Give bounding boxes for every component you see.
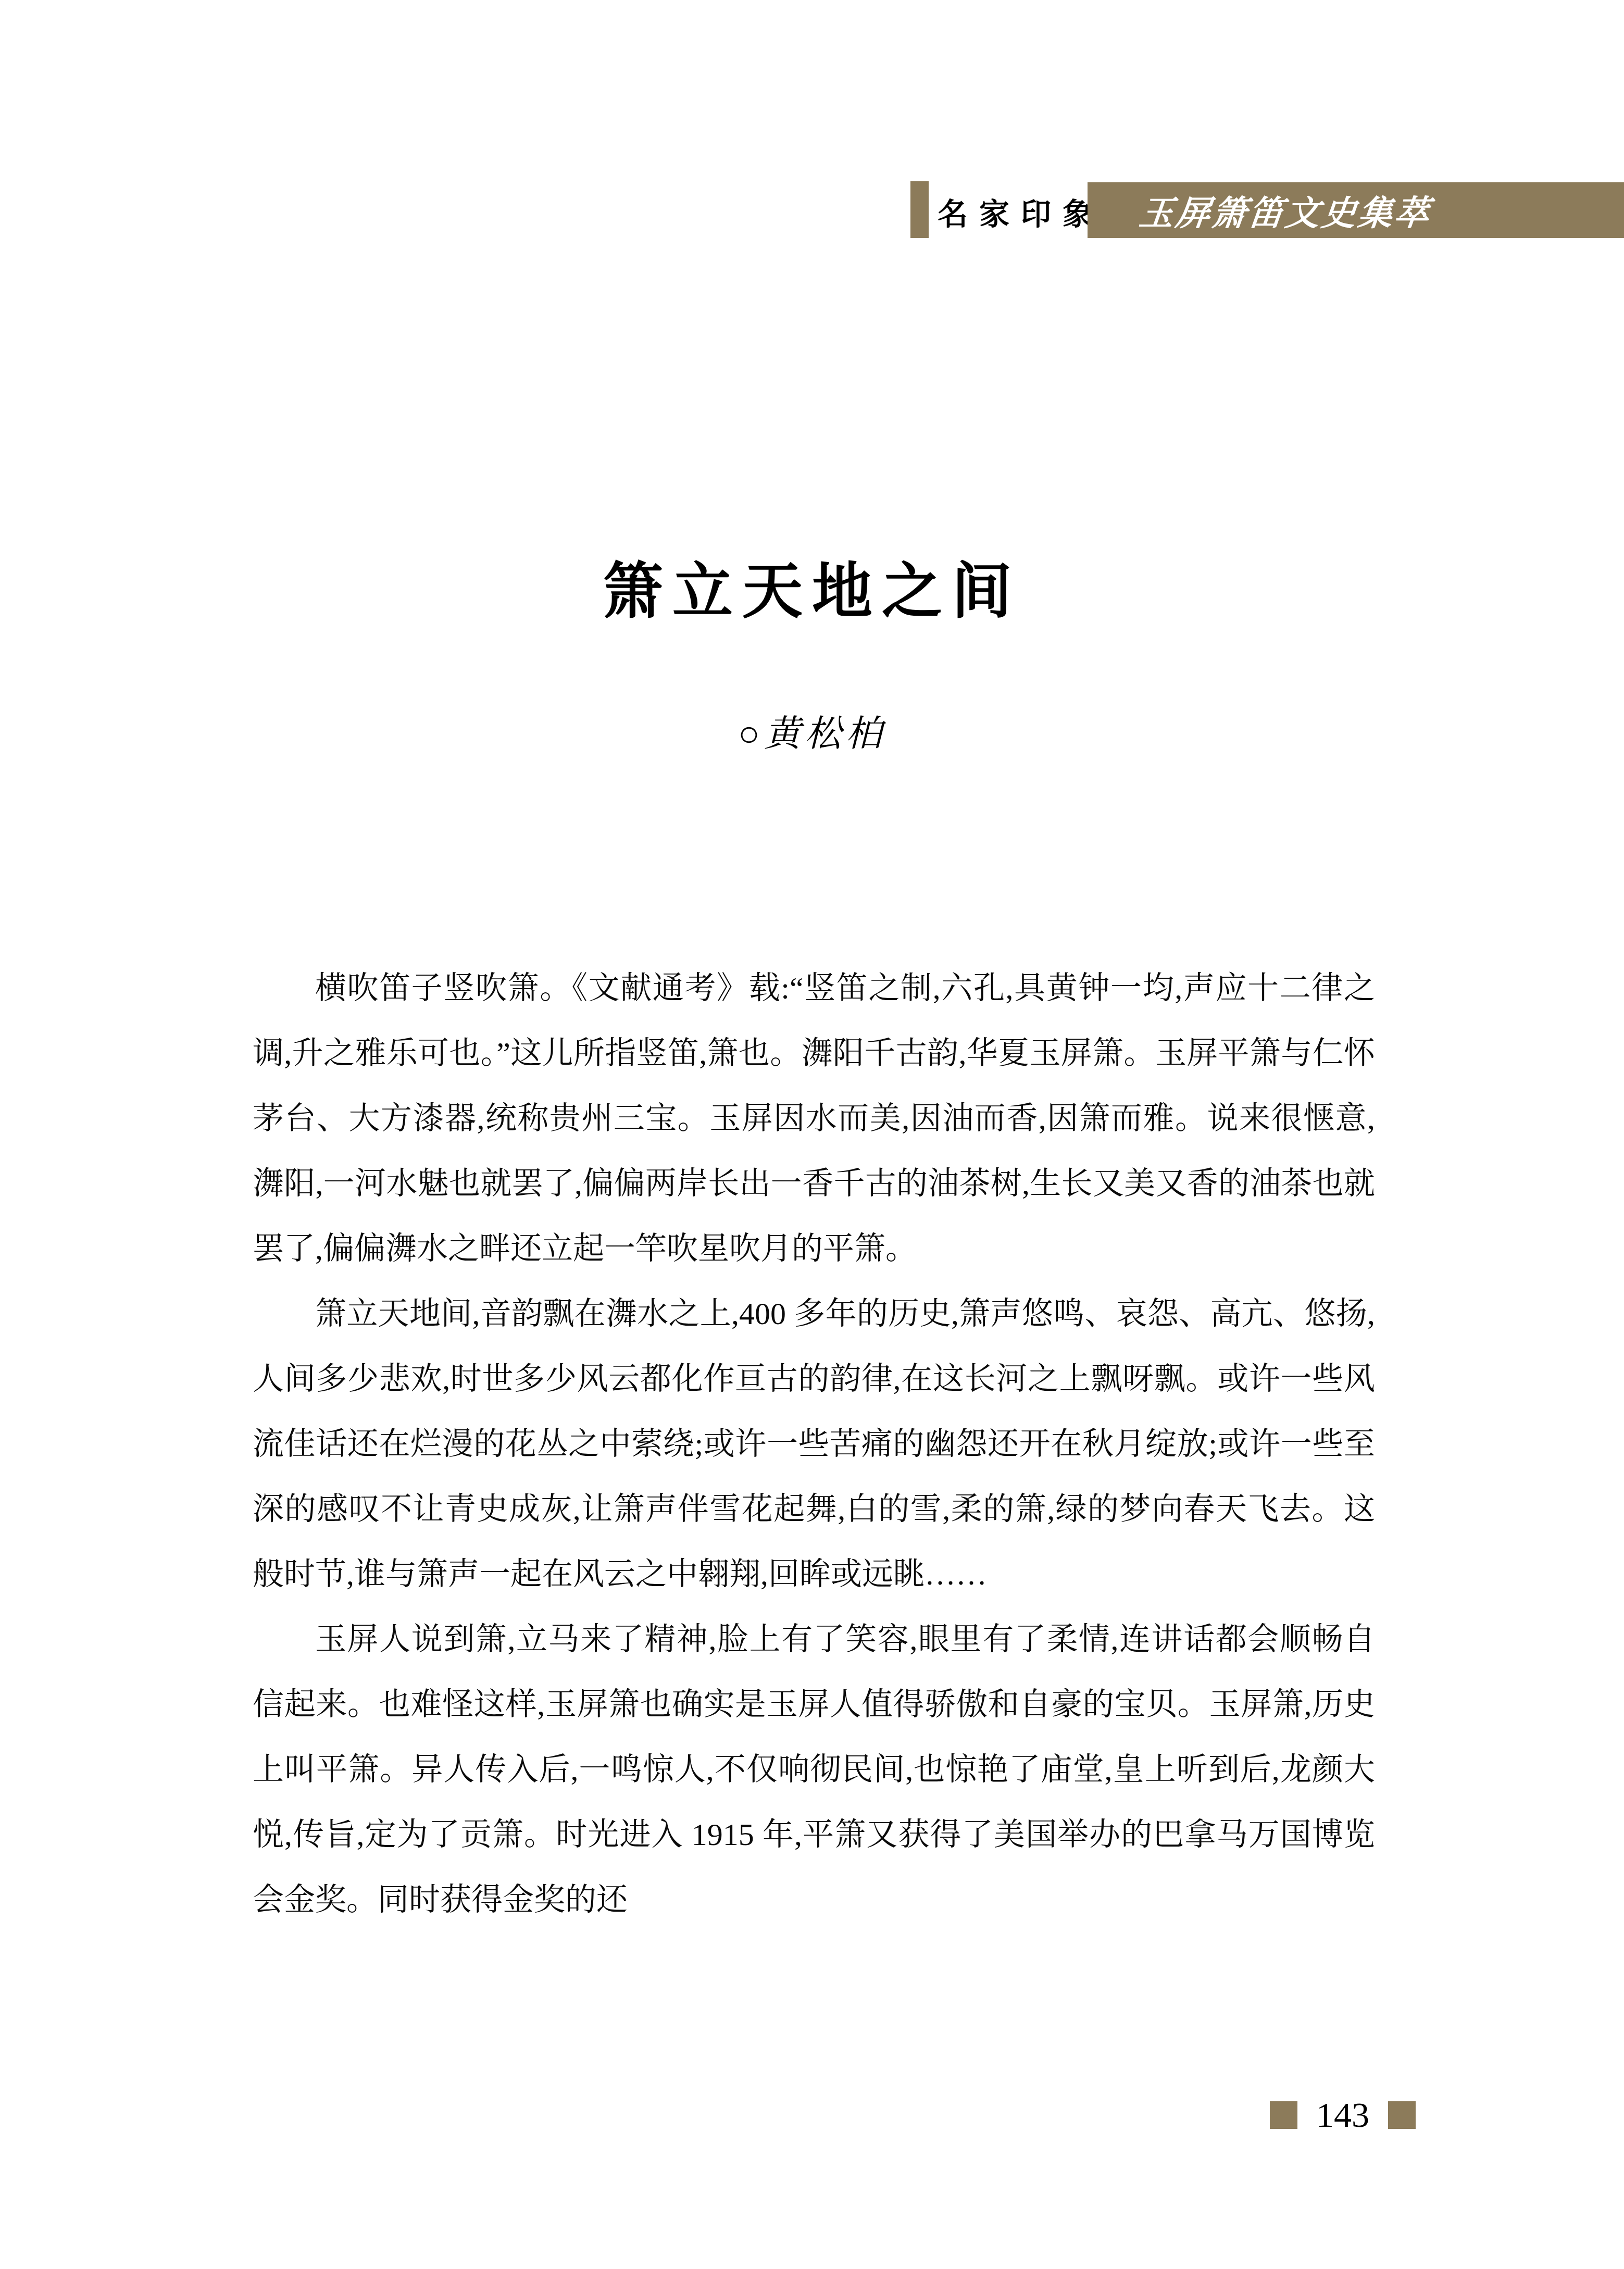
section-label: 名家印象 xyxy=(938,185,1104,238)
article-body: 横吹笛子竖吹箫。《文献通考》载:“竖笛之制,六孔,具黄钟一均,声应十二律之调,升… xyxy=(253,956,1375,1933)
author-byline: ○黄松柏 xyxy=(0,704,1624,757)
page-number: 143 xyxy=(1316,2101,1369,2129)
book-page: 名家印象 玉屏箫笛文史集萃 箫立天地之间 ○黄松柏 横吹笛子竖吹箫。《文献通考》… xyxy=(0,0,1624,2269)
folio-left-square xyxy=(1270,2101,1297,2129)
page-number-footer: 143 xyxy=(1270,2101,1416,2129)
header-band: 玉屏箫笛文史集萃 xyxy=(1088,182,1624,238)
page-title: 箫立天地之间 xyxy=(0,543,1624,630)
series-title-calligraphy: 玉屏箫笛文史集萃 xyxy=(1137,185,1434,235)
paragraph-2: 箫立天地间,音韵飘在㵲水之上,400 多年的历史,箫声悠鸣、哀怨、高亢、悠扬,人… xyxy=(253,1281,1375,1607)
folio-right-square xyxy=(1388,2101,1416,2129)
paragraph-1: 横吹笛子竖吹箫。《文献通考》载:“竖笛之制,六孔,具黄钟一均,声应十二律之调,升… xyxy=(253,956,1375,1281)
header-accent-bar xyxy=(910,181,929,238)
paragraph-3: 玉屏人说到箫,立马来了精神,脸上有了笑容,眼里有了柔情,连讲话都会顺畅自信起来。… xyxy=(253,1607,1375,1933)
